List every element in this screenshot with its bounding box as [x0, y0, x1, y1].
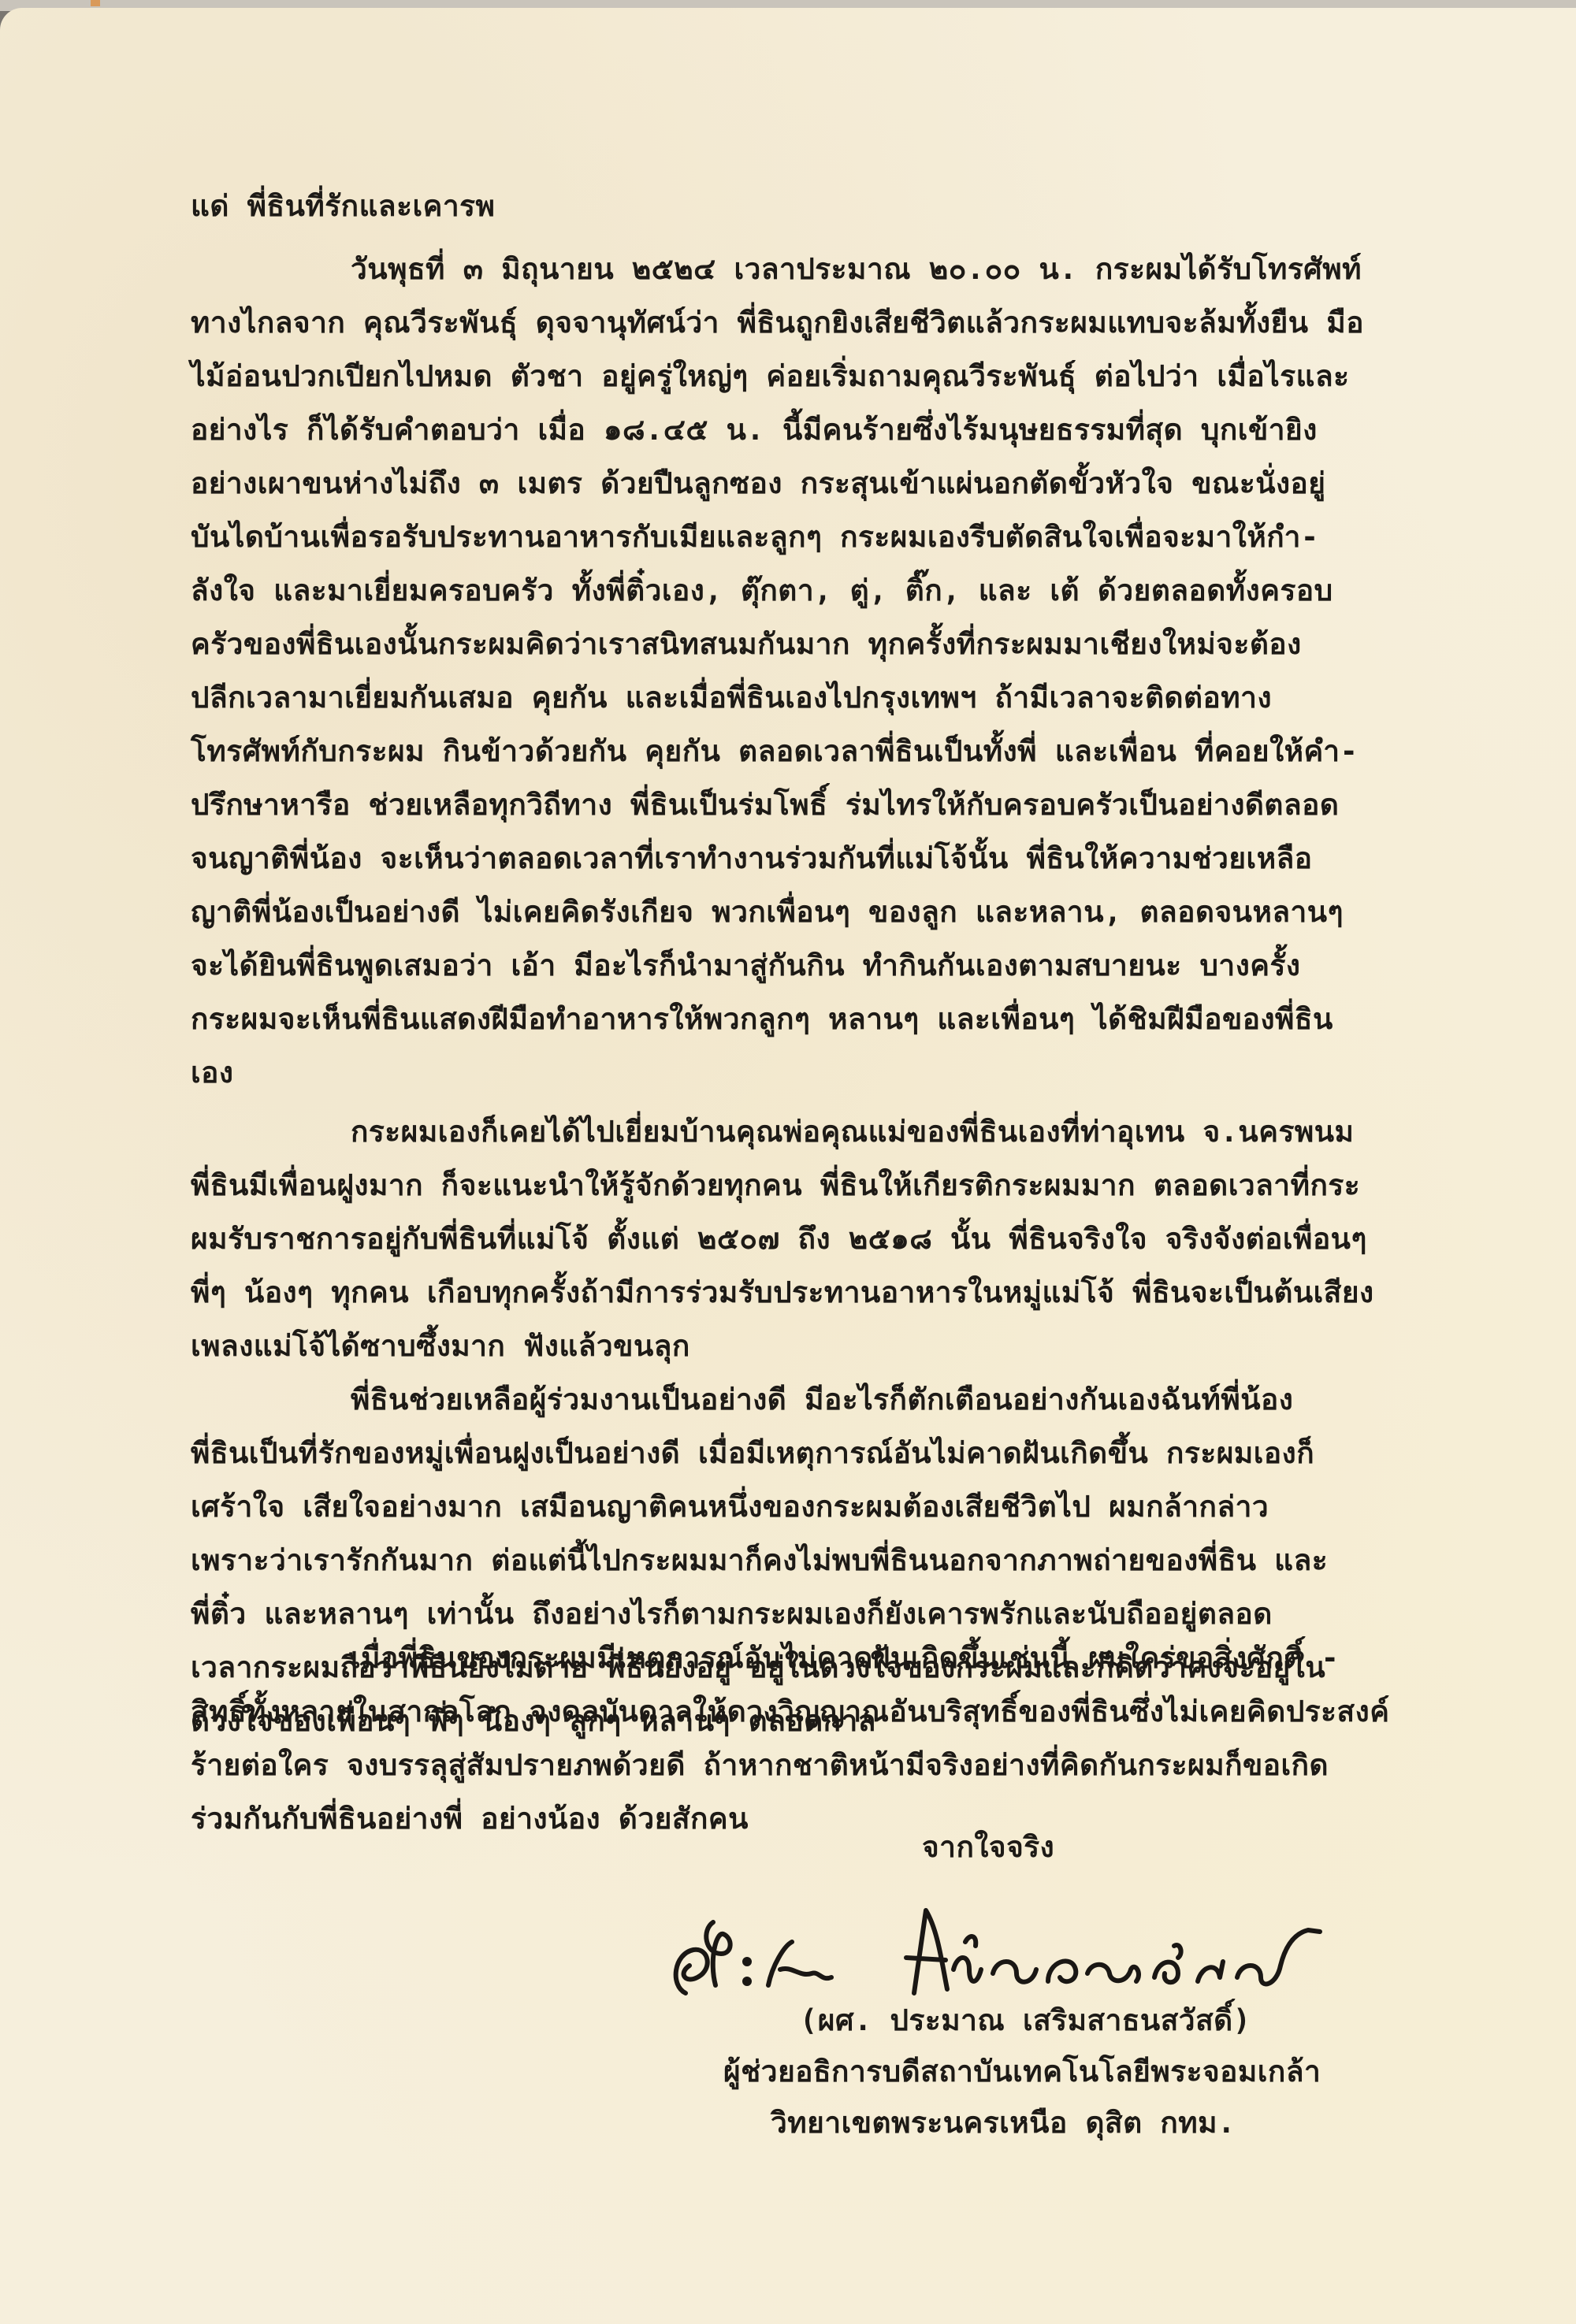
- paragraph-line: กระผมจะเห็นพี่ธินแสดงฝีมือทำอาหารให้พวกล…: [191, 996, 1333, 1043]
- paragraph-line: อย่างไร ก็ได้รับคำตอบว่า เมื่อ ๑๘.๔๕ น. …: [191, 407, 1318, 454]
- paragraph-line: วันพุธที่ ๓ มิถุนายน ๒๕๒๔ เวลาประมาณ ๒๐.…: [351, 246, 1362, 293]
- signatory-title-location: วิทยาเขตพระนครเหนือ ดุสิต กทม.: [771, 2099, 1236, 2147]
- paragraph-line: เมื่อพี่ธินของกระผมมีเหตุการณ์อันไม่คาดฝ…: [351, 1635, 1339, 1682]
- paragraph-line: จนญาติพี่น้อง จะเห็นว่าตลอดเวลาที่เราทำง…: [191, 835, 1313, 882]
- paragraph-line: ร่วมกันกับพี่ธินอย่างพี่ อย่างน้อง ด้วยส…: [191, 1795, 749, 1843]
- paragraph-line: จะได้ยินพี่ธินพูดเสมอว่า เอ้า มีอะไรก็นำ…: [191, 942, 1300, 989]
- paragraph-line: ลังใจ และมาเยี่ยมครอบครัว ทั้งพี่ติ๋วเอง…: [191, 567, 1333, 614]
- bookmark-ribbon: [91, 0, 100, 6]
- paragraph-line: ญาติพี่น้องเป็นอย่างดี ไม่เคยคิดรังเกียจ…: [191, 889, 1344, 936]
- paragraph-line: พี่ธินเป็นที่รักของหมู่เพื่อนฝูงเป็นอย่า…: [191, 1430, 1314, 1477]
- paragraph-line: พี่ติ๋ว และหลานๆ เท่านั้น ถึงอย่างไรก็ตา…: [191, 1591, 1273, 1638]
- paragraph-line: เศร้าใจ เสียใจอย่างมาก เสมือนญาติคนหนึ่ง…: [191, 1483, 1269, 1531]
- paragraph-line: ร้ายต่อใคร จงบรรลุสู่สัมปรายภพด้วยดี ถ้า…: [191, 1742, 1329, 1789]
- paragraph-line: พี่ๆ น้องๆ ทุกคน เกือบทุกครั้งถ้ามีการร่…: [191, 1269, 1374, 1316]
- signatory-title-position: ผู้ช่วยอธิการบดีสถาบันเทคโนโลยีพระจอมเกล…: [723, 2048, 1321, 2096]
- paragraph-line: สิทธิ์ทั้งหลายในสากลโลก จงดลบันดาลให้ดวง…: [191, 1688, 1389, 1736]
- paragraph-line: ผมรับราชการอยู่กับพี่ธินที่แม่โจ้ ตั้งแต…: [191, 1216, 1367, 1263]
- paragraph-line: เอง: [191, 1049, 233, 1097]
- paragraph-line: ทางไกลจาก คุณวีระพันธุ์ ดุจจานุทัศน์ว่า …: [191, 299, 1364, 347]
- paragraph-line: อย่างเผาขนห่างไม่ถึง ๓ เมตร ด้วยปืนลูกซอ…: [191, 460, 1325, 507]
- paragraph-line: กระผมเองก็เคยได้ไปเยี่ยมบ้านคุณพ่อคุณแม่…: [351, 1108, 1354, 1156]
- paragraph-line: ปรึกษาหารือ ช่วยเหลือทุกวิถีทาง พี่ธินเป…: [191, 781, 1339, 829]
- paragraph-line: โทรศัพท์กับกระผม กินข้าวด้วยกัน คุยกัน ต…: [191, 728, 1358, 775]
- paragraph-line: พี่ธินมีเพื่อนฝูงมาก ก็จะแนะนำให้รู้จักด…: [191, 1162, 1360, 1209]
- signatory-name: (ผศ. ประมาณ เสริมสาธนสวัสดิ์): [800, 1997, 1251, 2044]
- greeting: แด่ พี่ธินที่รักและเคารพ: [191, 183, 495, 230]
- handwritten-signature: [654, 1899, 1332, 2009]
- closing-phrase: จากใจจริง: [922, 1824, 1054, 1871]
- paragraph-line: เพลงแม่โจ้ได้ซาบซึ้งมาก ฟังแล้วขนลุก: [191, 1323, 690, 1370]
- paragraph-line: พี่ธินช่วยเหลือผู้ร่วมงานเป็นอย่างดี มีอ…: [351, 1376, 1293, 1424]
- paragraph-line: เพราะว่าเรารักกันมาก ต่อแต่นี้ไปกระผมมาก…: [191, 1537, 1328, 1584]
- paragraph-line: ไม้อ่อนปวกเปียกไปหมด ตัวชา อยู่ครู่ใหญ่ๆ…: [191, 353, 1350, 400]
- paragraph-line: ครัวของพี่ธินเองนั้นกระผมคิดว่าเราสนิทสน…: [191, 621, 1302, 668]
- paragraph-line: บันไดบ้านเพื่อรอรับประทานอาหารกับเมียและ…: [191, 514, 1319, 561]
- paragraph-line: ปลีกเวลามาเยี่ยมกันเสมอ คุยกัน และเมื่อพ…: [191, 674, 1272, 722]
